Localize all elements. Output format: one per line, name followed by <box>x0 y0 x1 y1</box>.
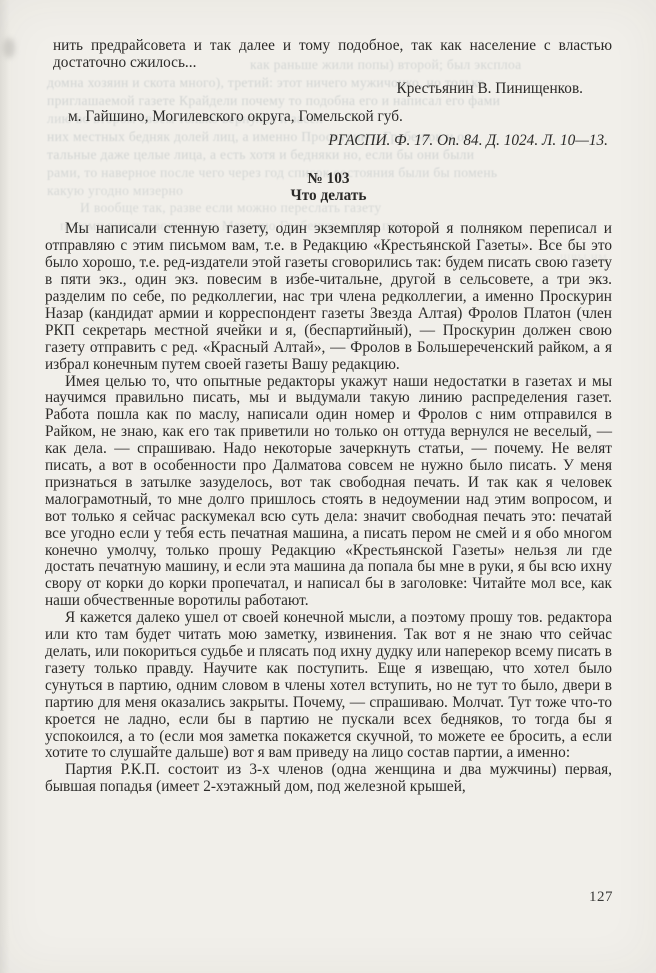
body-paragraph: Имея целью то, что опытные редакторы ука… <box>45 374 612 611</box>
scanned-document-page: как раньше жили попы) второй; был экспло… <box>0 0 656 973</box>
body-paragraph: Партия Р.К.П. состоит из 3-х членов (одн… <box>45 762 612 796</box>
page-number: 127 <box>589 889 613 906</box>
document-title: Что делать <box>45 188 612 205</box>
scan-smudge <box>3 38 15 58</box>
previous-document-ending: нить предрайсовета и так далее и тому по… <box>53 38 612 150</box>
body-paragraph: Мы написали стенную газету, один экземпл… <box>45 221 612 373</box>
page-content: нить предрайсовета и так далее и тому по… <box>45 38 612 796</box>
signature-line: Крестьянин В. Пинищенков. <box>53 81 583 98</box>
document-number: № 103 <box>45 171 612 188</box>
continuation-paragraph: нить предрайсовета и так далее и тому по… <box>53 38 612 72</box>
archive-reference: РГАСПИ. Ф. 17. Оп. 84. Д. 1024. Л. 10—13… <box>53 133 608 150</box>
place-line: м. Гайшино, Могилевского округа, Гомельс… <box>68 109 612 126</box>
document-body: Мы написали стенную газету, один экземпл… <box>45 221 612 796</box>
body-paragraph: Я кажется далеко ушел от своей конечной … <box>45 610 612 762</box>
